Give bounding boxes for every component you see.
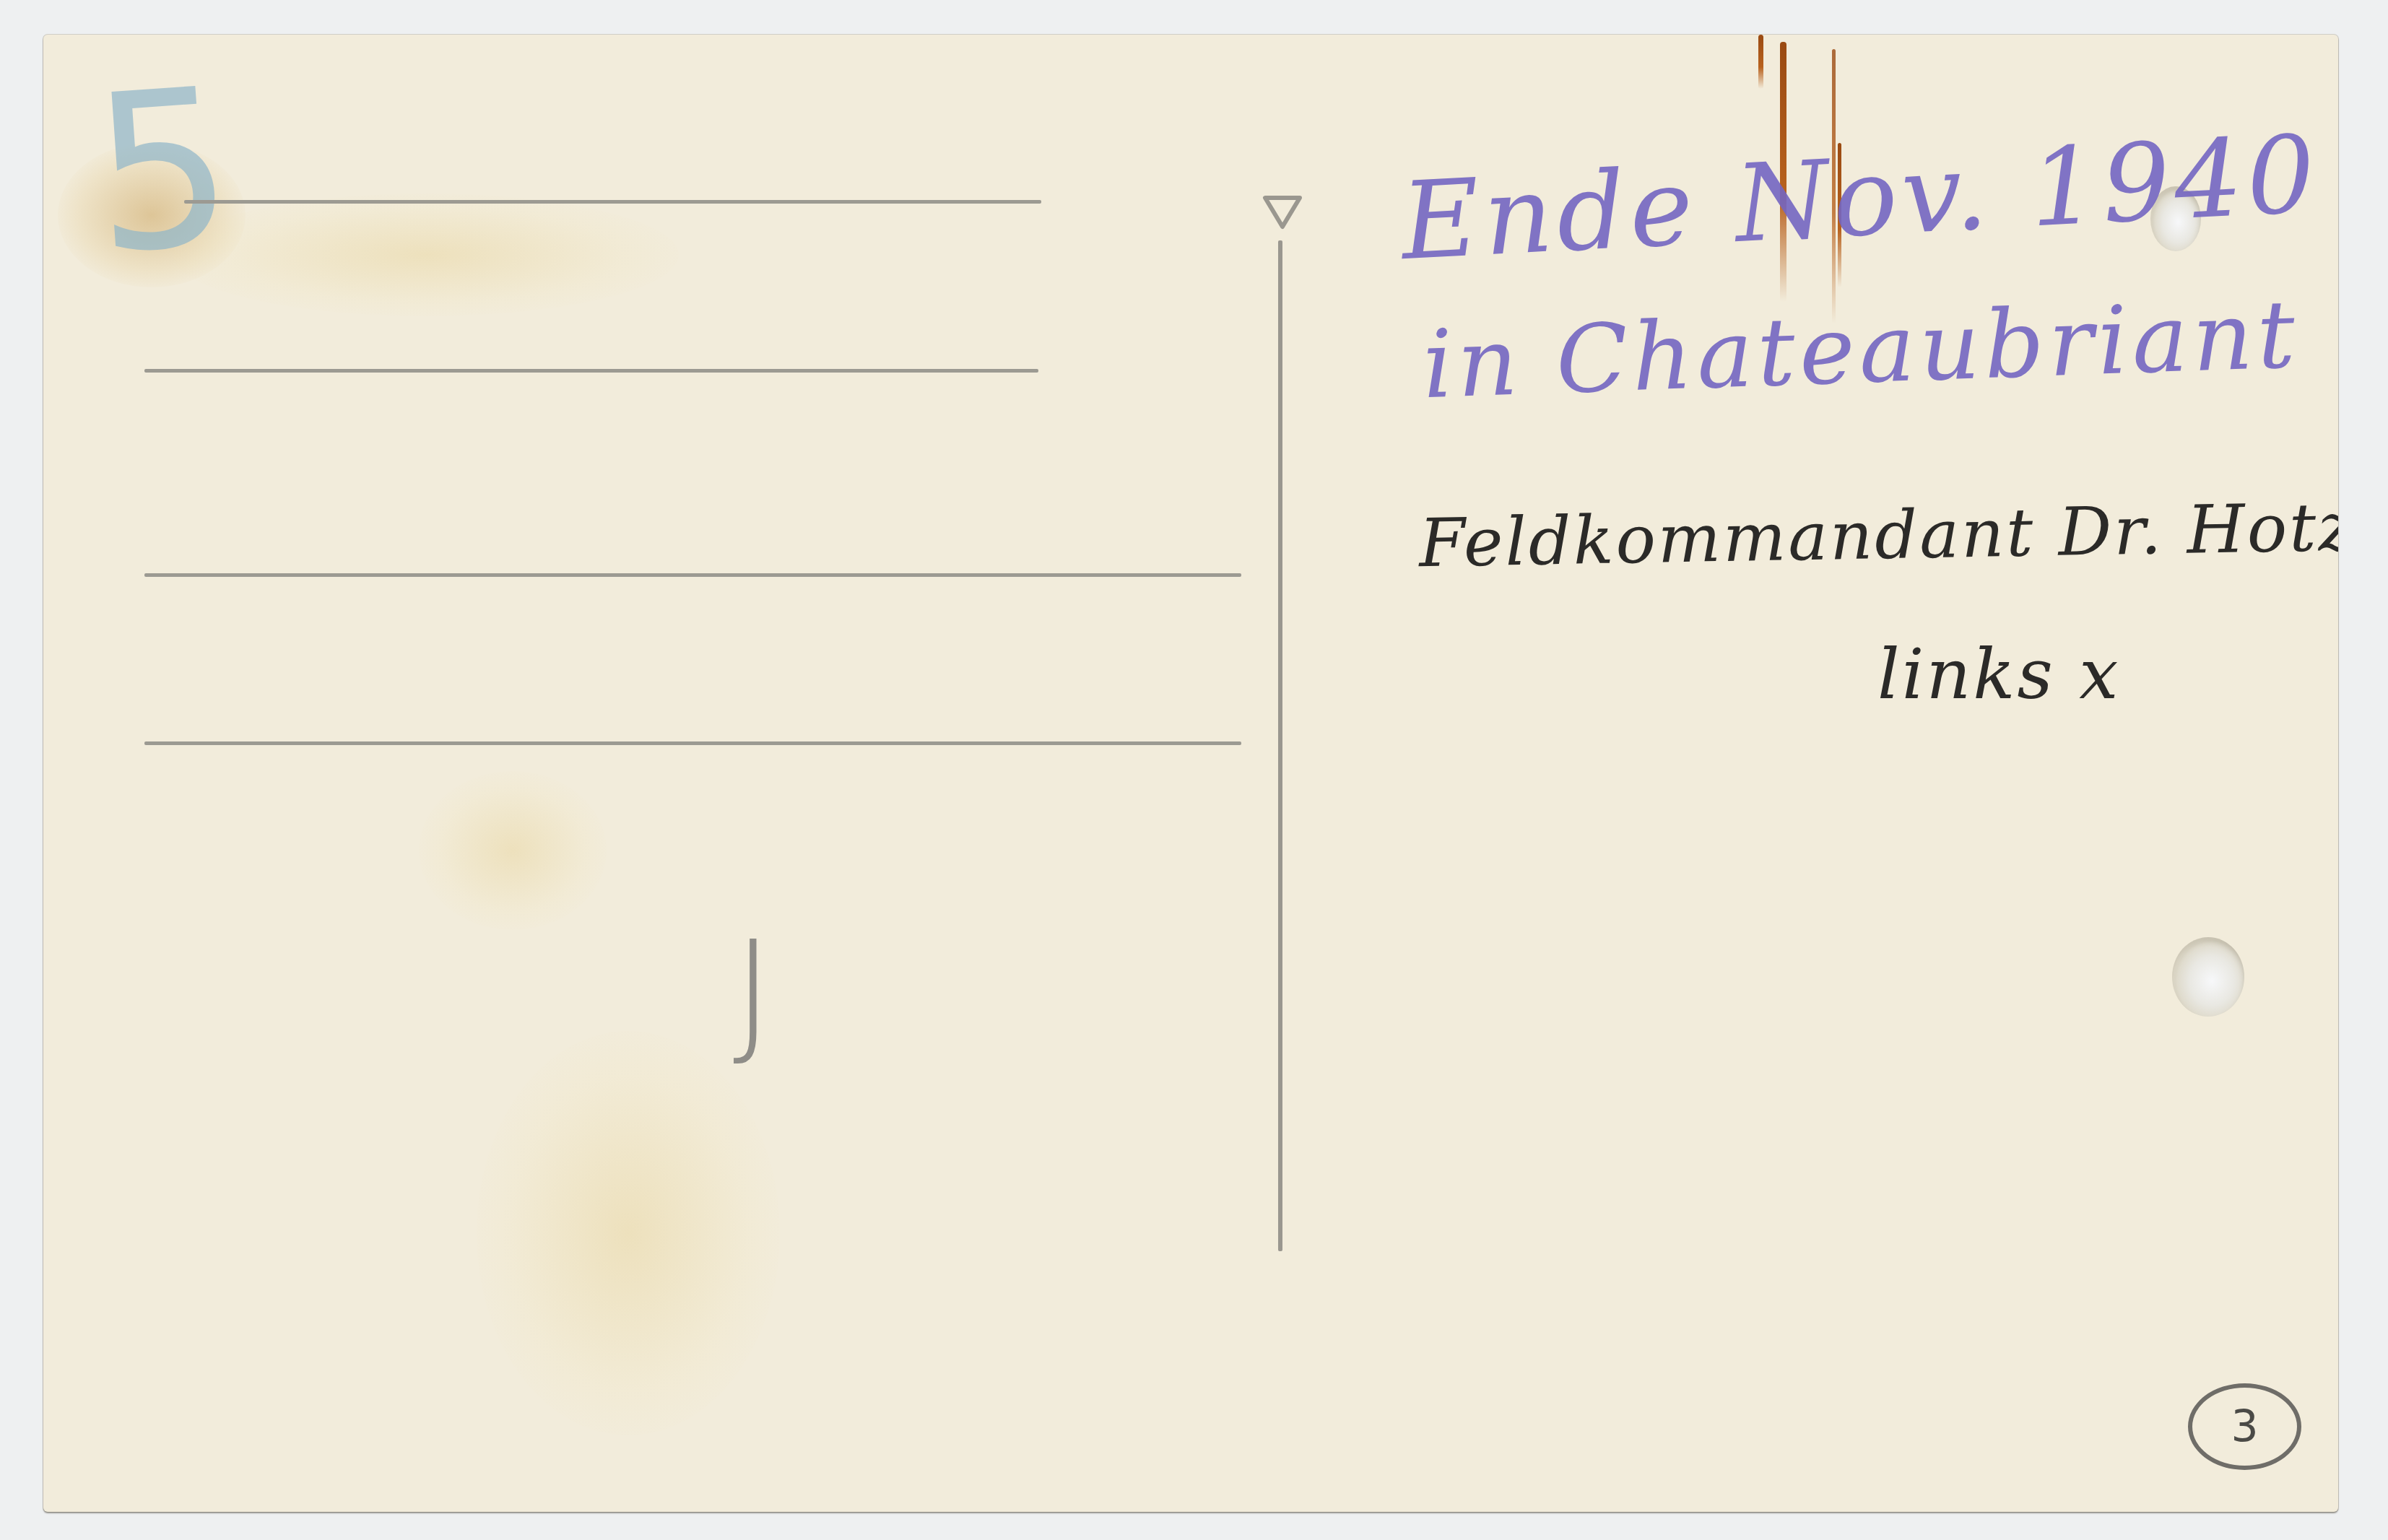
handwritten-caption: Feldkommandant Dr. Hotz bbox=[1418, 489, 2338, 583]
handwritten-place: in Chateaubriant bbox=[1421, 279, 2301, 419]
address-line-1 bbox=[184, 200, 1041, 204]
divider-line bbox=[1278, 240, 1282, 1251]
handwritten-position-note: links x bbox=[1877, 634, 2120, 715]
foxing-stain-bottom-left bbox=[477, 1031, 780, 1435]
postcard-back: 5 Ende Nov. 1940 in Chateaubriant Feldko… bbox=[43, 35, 2338, 1512]
pencil-mark: J bbox=[733, 912, 773, 1071]
foxing-stain-top-band bbox=[173, 193, 679, 316]
divider-triangle-icon bbox=[1262, 195, 1303, 231]
address-line-3 bbox=[144, 573, 1241, 577]
circled-number: 3 bbox=[2188, 1383, 2301, 1470]
address-line-4 bbox=[144, 741, 1241, 745]
foxing-stain-mid-left bbox=[419, 771, 607, 930]
address-line-2 bbox=[144, 369, 1038, 373]
handwritten-date: Ende Nov. 1940 bbox=[1398, 112, 2322, 284]
circled-number-text: 3 bbox=[2231, 1401, 2258, 1452]
paper-hole-right bbox=[2172, 937, 2244, 1017]
corner-number: 5 bbox=[87, 59, 239, 285]
rust-streak-1 bbox=[1758, 35, 1763, 89]
